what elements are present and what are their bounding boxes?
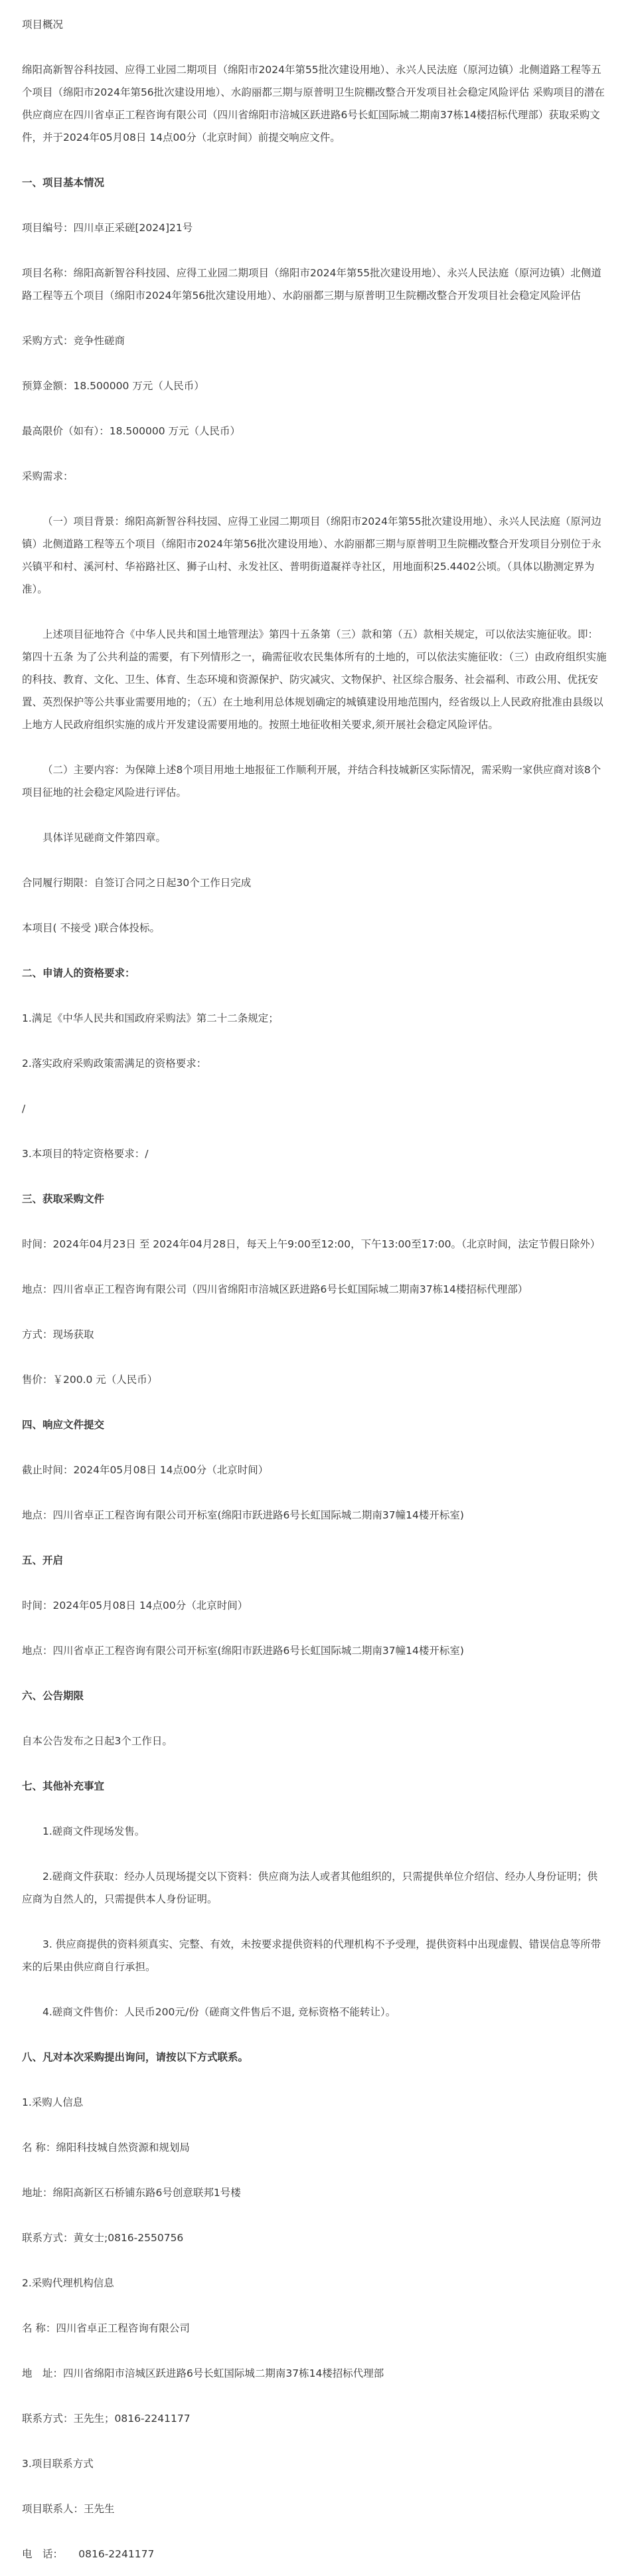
- section-heading-notice-period: 六、公告期限: [22, 1685, 607, 1707]
- obtain-time: 时间：2024年04月23日 至 2024年04月28日，每天上午9:00至12…: [22, 1233, 607, 1255]
- purchaser-address: 地址：绵阳高新区石桥铺东路6号创意联邦1号楼: [22, 2181, 607, 2204]
- project-background: （一）项目背景：绵阳高新智谷科技园、应得工业园二期项目（绵阳市2024年第55批…: [22, 510, 607, 600]
- qualification-item: 3.本项目的特定资格要求：/: [22, 1143, 607, 1165]
- project-contact-title: 3.项目联系方式: [22, 2452, 607, 2475]
- overview-title: 项目概况: [22, 13, 607, 36]
- qualification-item: 1.满足《中华人民共和国政府采购法》第二十二条规定；: [22, 1007, 607, 1030]
- project-number: 项目编号：四川卓正采磋[2024]21号: [22, 217, 607, 239]
- announcement-document: 项目概况 绵阳高新智谷科技园、应得工业园二期项目（绵阳市2024年第55批次建设…: [0, 0, 630, 2576]
- supplementary-item: 3. 供应商提供的资料须真实、完整、有效，未按要求提供资料的代理机构不予受理，提…: [22, 1933, 607, 1978]
- agency-contact: 联系方式：王先生；0816-2241177: [22, 2407, 607, 2430]
- project-name: 项目名称：绵阳高新智谷科技园、应得工业园二期项目（绵阳市2024年第55批次建设…: [22, 262, 607, 307]
- obtain-price: 售价：￥200.0 元（人民币）: [22, 1368, 607, 1391]
- consortium-note: 本项目( 不接受 )联合体投标。: [22, 917, 607, 939]
- supplementary-item: 4.磋商文件售价：人民币200元/份（磋商文件售后不退, 竞标资格不能转让）。: [22, 2001, 607, 2023]
- purchaser-title: 1.采购人信息: [22, 2091, 607, 2114]
- project-contact-phone: 电 话： 0816-2241177: [22, 2543, 607, 2565]
- contract-period: 合同履行期限：自签订合同之日起30个工作日完成: [22, 872, 607, 894]
- submission-deadline: 截止时间：2024年05月08日 14点00分（北京时间）: [22, 1459, 607, 1481]
- supplementary-item: 2.磋商文件获取：经办人员现场提交以下资料：供应商为法人或者其他组织的，只需提供…: [22, 1865, 607, 1910]
- demand-label: 采购需求：: [22, 465, 607, 488]
- submission-place: 地点：四川省卓正工程咨询有限公司开标室(绵阳市跃进路6号长虹国际城二期南37幢1…: [22, 1504, 607, 1526]
- agency-title: 2.采购代理机构信息: [22, 2272, 607, 2294]
- section-heading-contact: 八、凡对本次采购提出询问，请按以下方式联系。: [22, 2046, 607, 2069]
- procurement-method: 采购方式：竞争性磋商: [22, 329, 607, 352]
- purchaser-contact: 联系方式：黄女士;0816-2550756: [22, 2227, 607, 2249]
- section-heading-obtain-documents: 三、获取采购文件: [22, 1188, 607, 1210]
- main-content: （二）主要内容：为保障上述8个项目用地土地报征工作顺利开展，并结合科技城新区实际…: [22, 759, 607, 804]
- section-heading-qualifications: 二、申请人的资格要求：: [22, 962, 607, 984]
- budget-amount: 预算金额：18.500000 万元（人民币）: [22, 375, 607, 397]
- legal-basis: 上述项目征地符合《中华人民共和国土地管理法》第四十五条第（三）款和第（五）款相关…: [22, 623, 607, 736]
- section-heading-submission: 四、响应文件提交: [22, 1414, 607, 1436]
- opening-time: 时间：2024年05月08日 14点00分（北京时间）: [22, 1594, 607, 1617]
- supplementary-item: 1.磋商文件现场发售。: [22, 1820, 607, 1843]
- max-price: 最高限价（如有）：18.500000 万元（人民币）: [22, 420, 607, 442]
- obtain-place: 地点：四川省卓正工程咨询有限公司（四川省绵阳市涪城区跃进路6号长虹国际城二期南3…: [22, 1278, 607, 1301]
- agency-address: 地 址：四川省绵阳市涪城区跃进路6号长虹国际城二期南37栋14楼招标代理部: [22, 2362, 607, 2385]
- overview-text: 绵阳高新智谷科技园、应得工业园二期项目（绵阳市2024年第55批次建设用地）、永…: [22, 58, 607, 149]
- details-note: 具体详见磋商文件第四章。: [22, 826, 607, 849]
- obtain-method: 方式：现场获取: [22, 1323, 607, 1346]
- section-heading-supplementary: 七、其他补充事宜: [22, 1775, 607, 1797]
- section-heading-basic-info: 一、项目基本情况: [22, 171, 607, 194]
- project-contact-person: 项目联系人：王先生: [22, 2498, 607, 2520]
- qualification-item: 2.落实政府采购政策需满足的资格要求：: [22, 1052, 607, 1075]
- section-heading-opening: 五、开启: [22, 1549, 607, 1572]
- opening-place: 地点：四川省卓正工程咨询有限公司开标室(绵阳市跃进路6号长虹国际城二期南37幢1…: [22, 1639, 607, 1662]
- notice-period-text: 自本公告发布之日起3个工作日。: [22, 1730, 607, 1752]
- agency-name: 名 称：四川省卓正工程咨询有限公司: [22, 2317, 607, 2340]
- purchaser-name: 名 称：绵阳科技城自然资源和规划局: [22, 2136, 607, 2159]
- qualification-item: /: [22, 1097, 607, 1120]
